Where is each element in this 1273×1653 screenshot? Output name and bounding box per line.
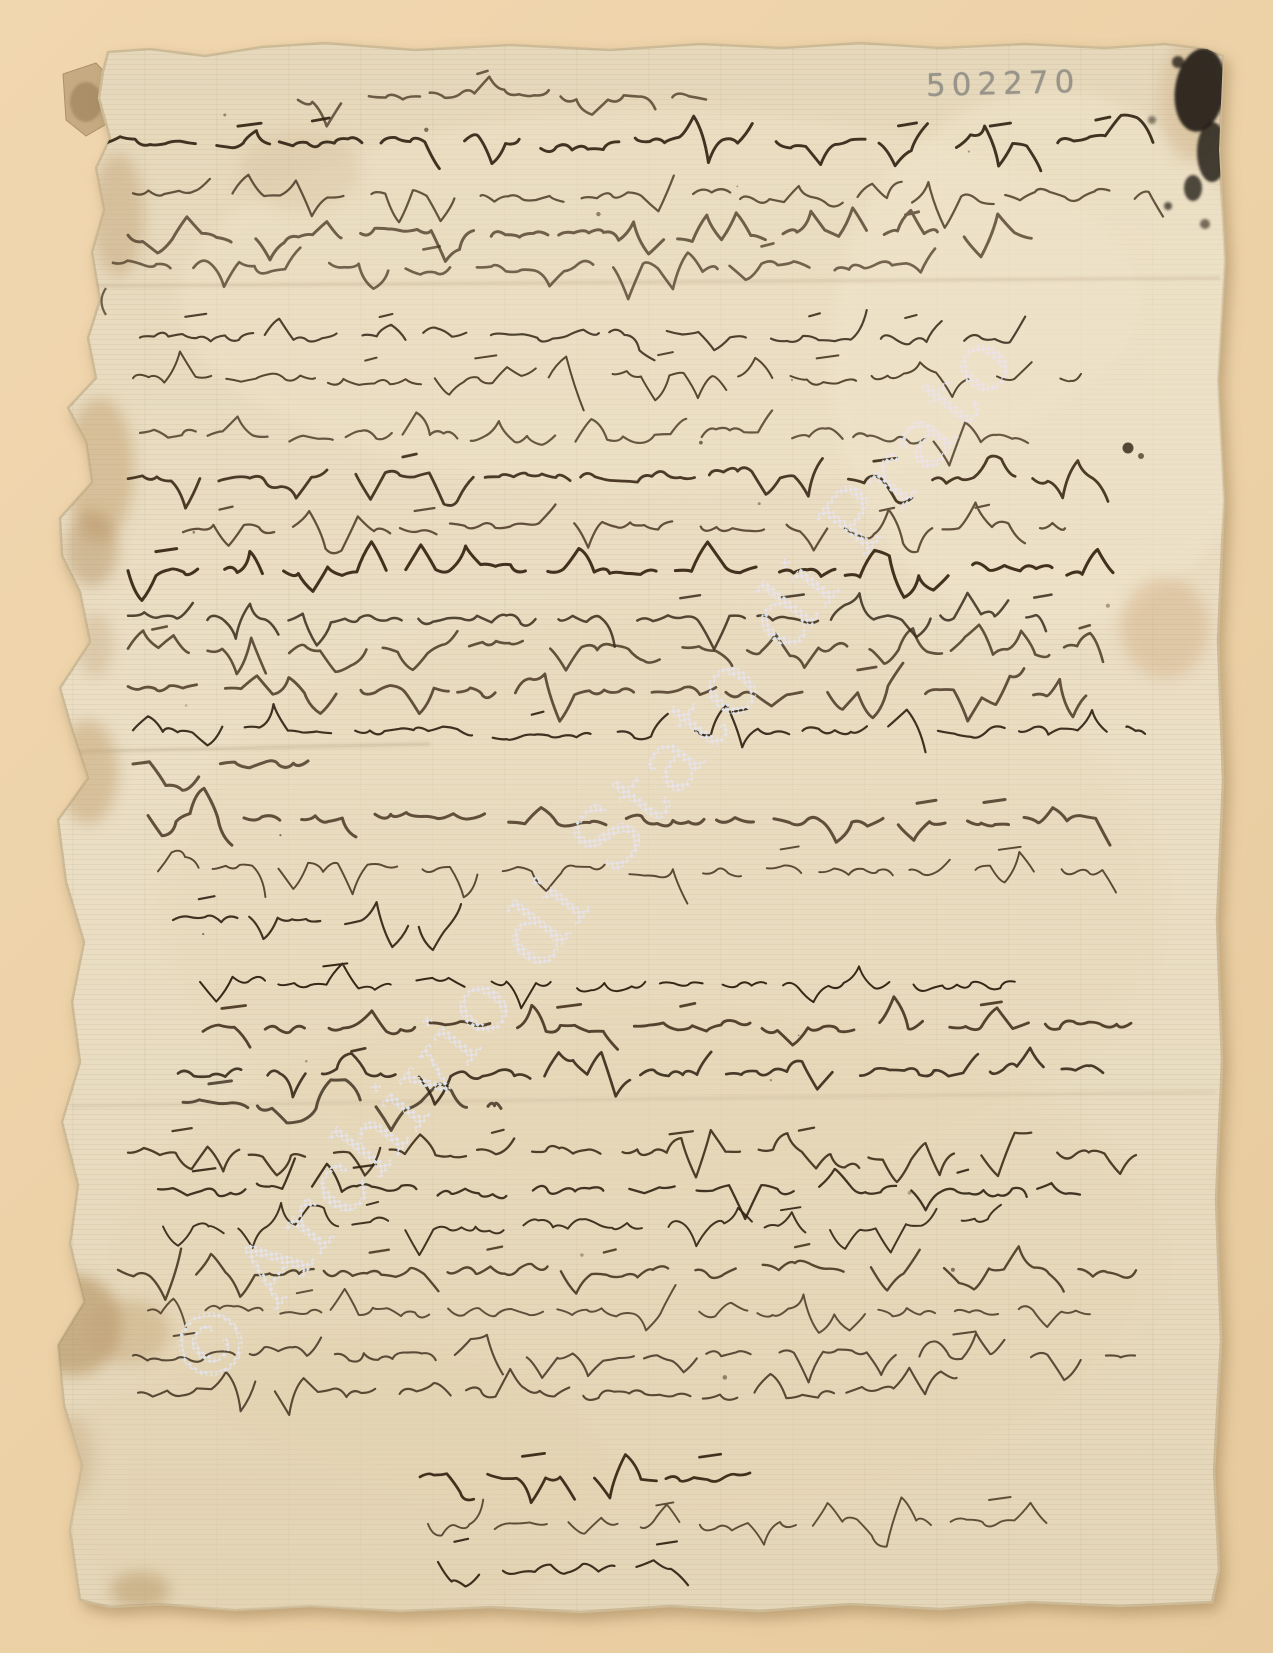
ink-speck: [305, 1060, 307, 1062]
ink-speck: [770, 1079, 772, 1081]
ink-speck: [596, 212, 600, 216]
ink-speck: [791, 379, 793, 381]
ink-speck: [798, 1035, 800, 1037]
ink-speck: [185, 704, 188, 707]
ink-speck: [193, 531, 196, 534]
ink-speck: [1005, 1019, 1007, 1021]
ink-speck: [758, 502, 761, 505]
ink-speck: [202, 933, 204, 935]
ink-speck: [1106, 604, 1110, 608]
scanned-letter-page: ©Archivio di Stato di Prato 502270: [0, 0, 1273, 1653]
ink-speck: [968, 151, 970, 153]
ink-speck: [279, 834, 281, 836]
ink-speck: [580, 1253, 584, 1257]
ink-speck: [908, 1191, 912, 1195]
ink-speck: [934, 1070, 937, 1073]
ink-speck: [723, 1375, 728, 1380]
ink-speck: [223, 113, 226, 116]
archive-stamp-number: 502270: [926, 64, 1081, 104]
ink-speck: [951, 1268, 955, 1272]
ink-speck: [424, 128, 428, 132]
ink-speck: [736, 186, 738, 188]
letter-scan: [0, 0, 1273, 1653]
ink-speck: [699, 441, 703, 445]
paper-fragment-stain: [70, 82, 102, 122]
